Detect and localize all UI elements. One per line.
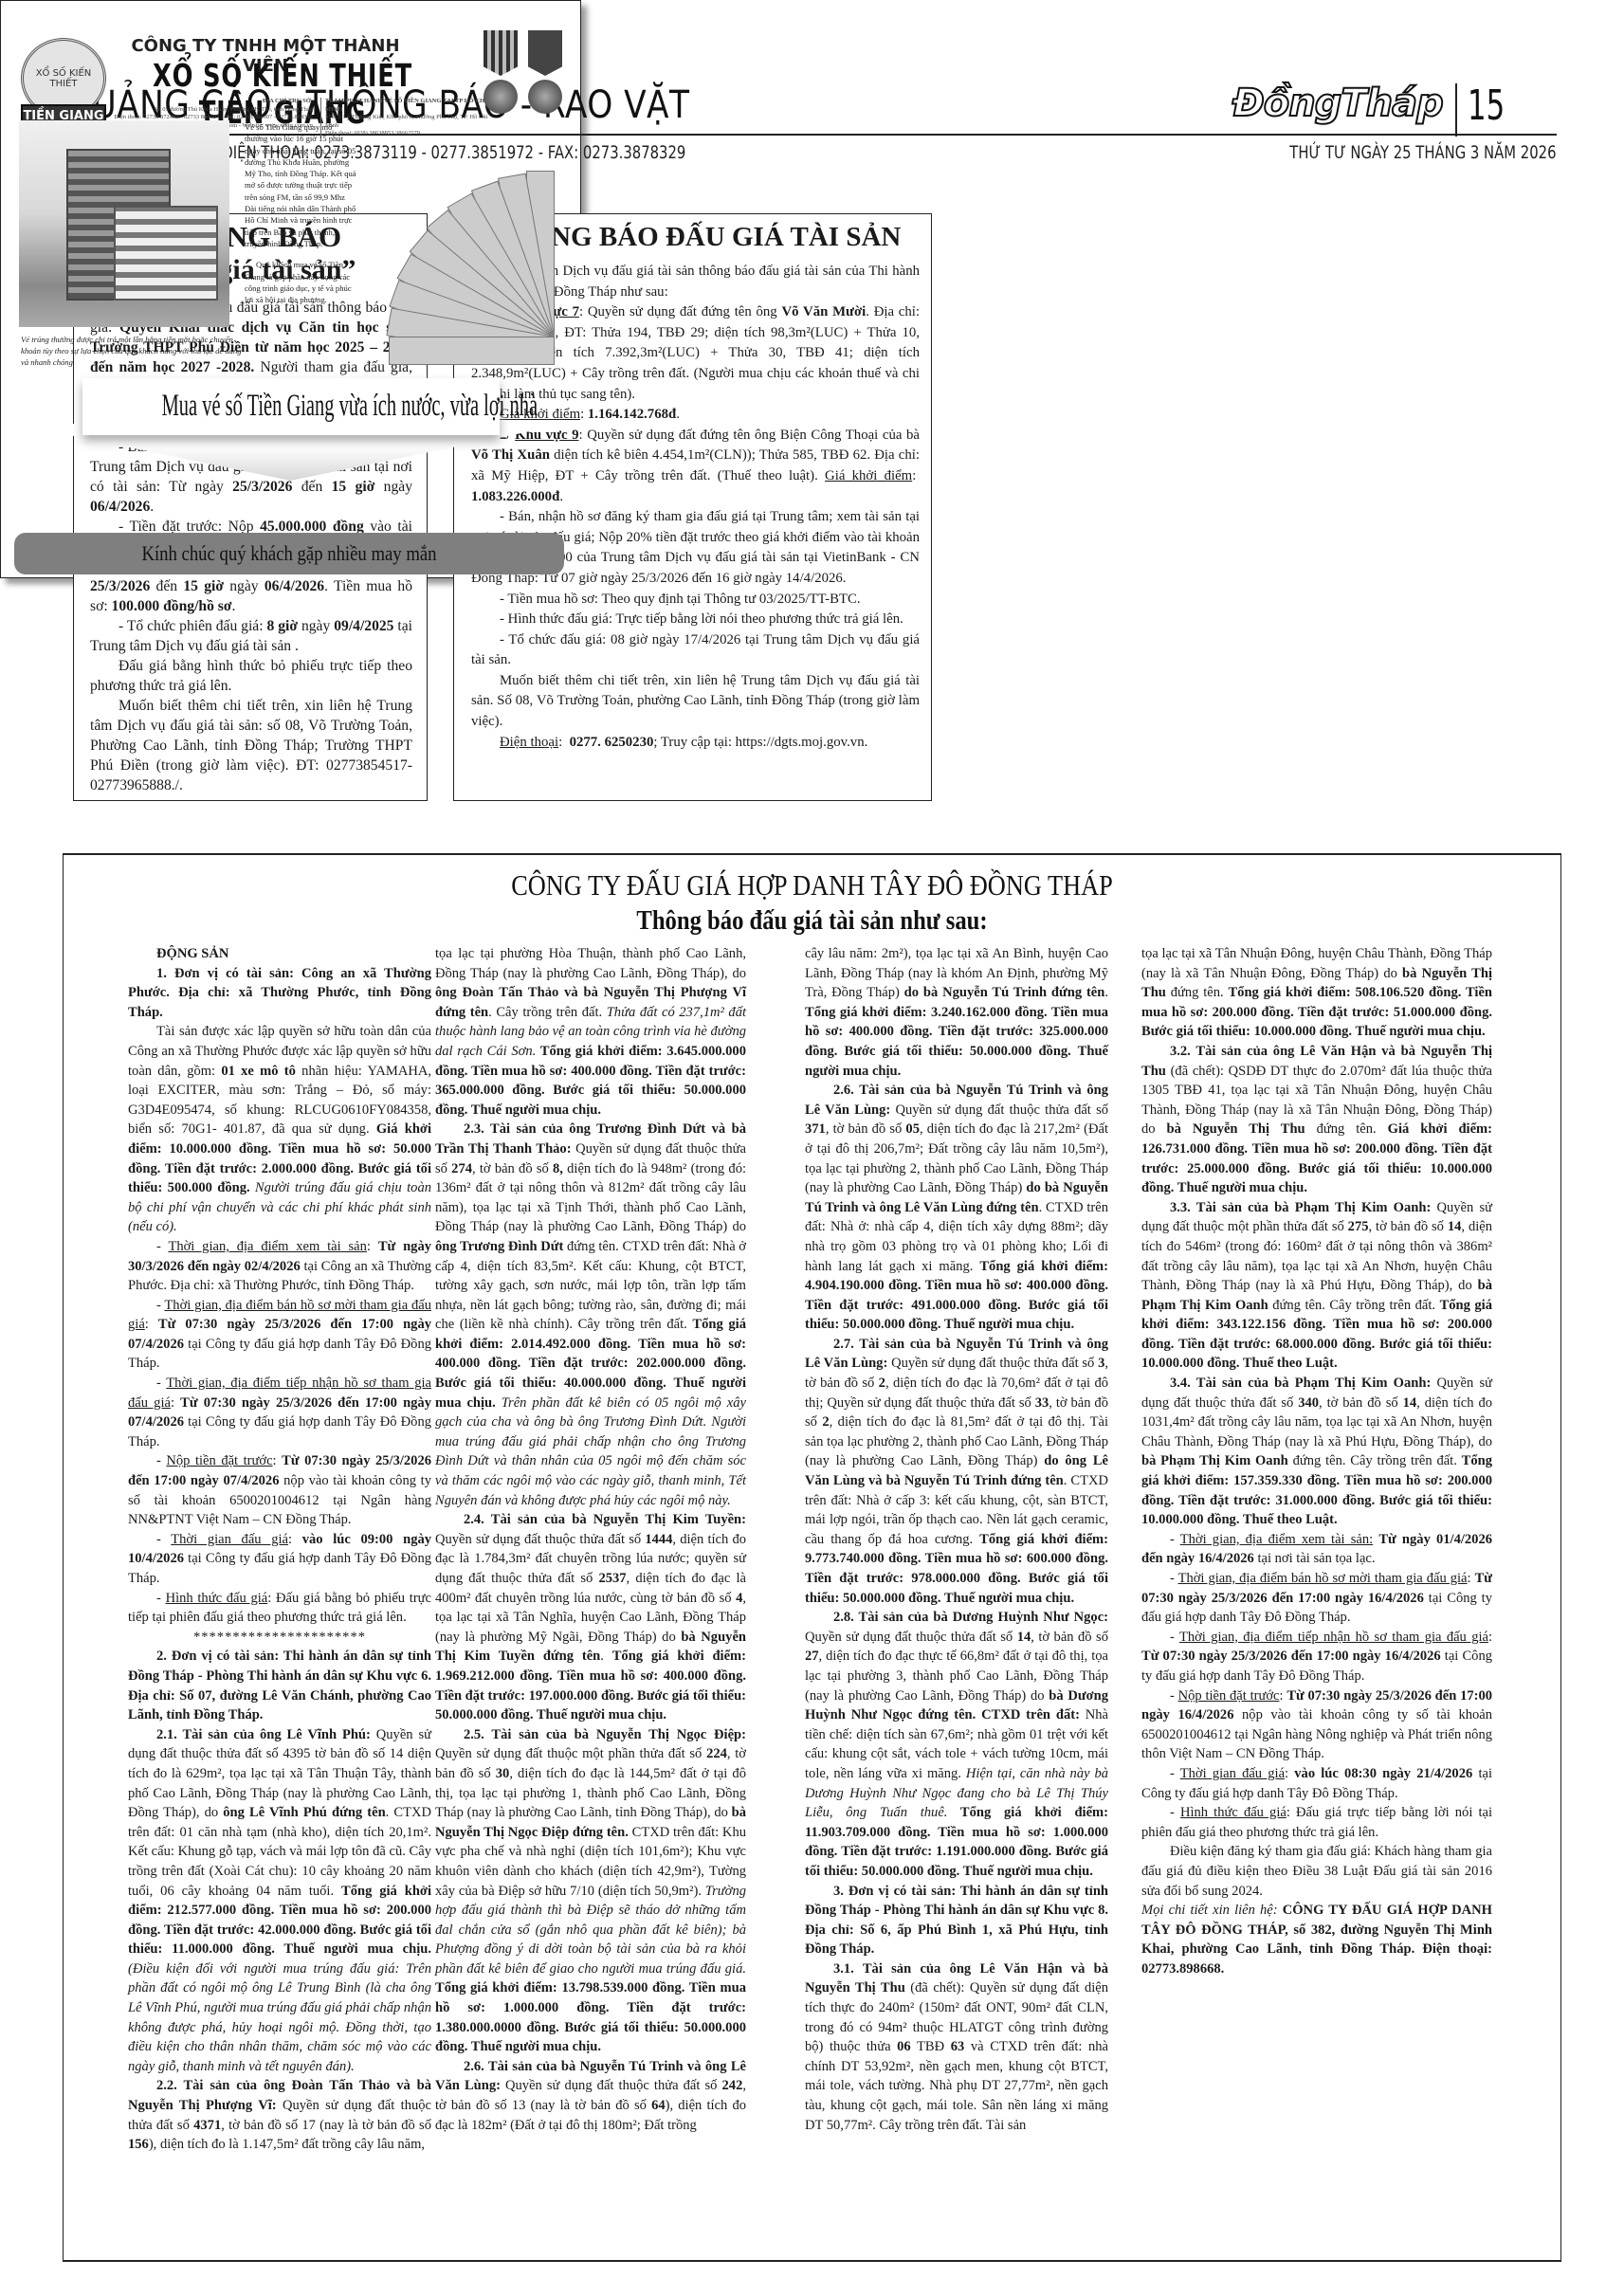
notice-paragraph: - Tiền mua hồ sơ: Theo quy định tại Thôn… <box>471 590 920 610</box>
notice-paragraph: Muốn biết thêm chi tiết trên, xin liên h… <box>471 671 920 733</box>
auction-subtitle: Thông báo đấu giá tài sản như sau: <box>154 906 1471 937</box>
office-building-photo <box>19 120 229 327</box>
slogan-banner: Mua vé số Tiền Giang vừa ích nước, vừa l… <box>14 374 567 493</box>
header-divider <box>1455 83 1457 137</box>
greeting-bar: Kính chúc quý khách gặp nhiều may mắn <box>14 533 564 574</box>
separator-stars: ********************** <box>128 1628 431 1648</box>
photo-caption: Vé trúng thưởng được chi trả một lần bằn… <box>21 334 244 368</box>
issue-date: THỨ TƯ NGÀY 25 THÁNG 3 NĂM 2026 <box>1289 142 1556 163</box>
medal-icon <box>526 30 564 120</box>
lottery-info-text: Vé số Tiền Giang quay mở thưởng vào lúc … <box>245 121 356 305</box>
medal-icon <box>482 30 520 120</box>
notice-paragraph: - Tổ chức đấu giá: 08 giờ ngày 17/4/2026… <box>471 630 920 671</box>
slogan-text: Mua vé số Tiền Giang vừa ích nước, vừa l… <box>162 389 421 424</box>
newspaper-logo: ĐồngTháp <box>1232 82 1443 125</box>
auction-column-4: tọa lạc tại xã Tân Nhuận Đông, huyện Châ… <box>1141 944 1492 1978</box>
notice-paragraph: - Tổ chức phiên đấu giá: 8 giờ ngày 09/4… <box>90 616 412 656</box>
auction-company-title: CÔNG TY ĐẤU GIÁ HỢP DANH TÂY ĐÔ ĐỒNG THÁ… <box>175 868 1448 902</box>
lottery-tickets-fan-image <box>360 114 564 346</box>
notice-paragraph: Đấu giá bằng hình thức bỏ phiếu trực tiế… <box>90 656 412 696</box>
auction-column-1: ĐỘNG SẢN 1. Đơn vị có tài sản: Công an x… <box>128 944 431 2155</box>
notice-phone: Điện thoại: 0277. 6250230; Truy cập tại:… <box>471 733 920 754</box>
auction-column-3: cây lâu năm: 2m²), tọa lạc tại xã An Bìn… <box>805 944 1108 2135</box>
notice-paragraph: - Hình thức đấu giá: Trực tiếp bằng lời … <box>471 610 920 630</box>
lottery-advertisement: XỔ SỐ KIẾN THIẾT TIỀN GIANG CÔNG TY TNHH… <box>0 0 581 578</box>
section-heading: ĐỘNG SẢN <box>156 946 228 961</box>
auction-column-2: tọa lạc tại phường Hòa Thuận, thành phố … <box>435 944 746 2135</box>
tay-do-auction-notice: CÔNG TY ĐẤU GIÁ HỢP DANH TÂY ĐÔ ĐỒNG THÁ… <box>63 853 1561 2262</box>
notice-contact: Muốn biết thêm chi tiết trên, xin liên h… <box>90 696 412 795</box>
page-number: 15 <box>1468 82 1505 130</box>
